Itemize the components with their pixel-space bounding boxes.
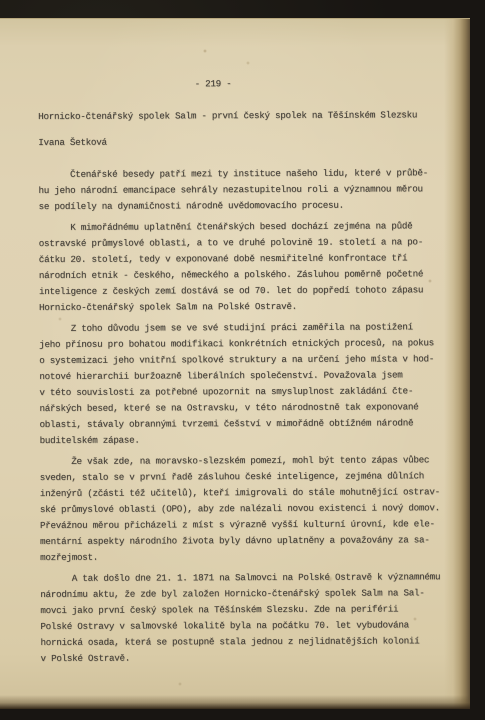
- paragraph: Z toho důvodu jsem se ve své studijní pr…: [39, 319, 472, 449]
- page-content: - 219 - Hornicko-čtenářský spolek Salm -…: [38, 75, 473, 667]
- paragraph: K mimořádnému uplatnění čtenářských bese…: [39, 218, 471, 316]
- paragraph: Čtenářské besedy patří mezi ty instituce…: [38, 165, 470, 215]
- paragraph: Že však zde, na moravsko-slezském pomezí…: [40, 452, 472, 566]
- author-name: Ivana Šetková: [38, 133, 470, 151]
- scan-background: - 219 - Hornicko-čtenářský spolek Salm -…: [0, 0, 485, 720]
- page-edge-shadow-bottom: [0, 695, 470, 709]
- paragraph: A tak došlo dne 21. 1. 1871 na Salmovci …: [40, 569, 472, 667]
- page-number: - 219 -: [38, 75, 388, 93]
- document-page: - 219 - Hornicko-čtenářský spolek Salm -…: [0, 18, 470, 709]
- page-edge-shadow-right: [444, 19, 470, 709]
- page-title: Hornicko-čtenářský spolek Salm - první č…: [38, 107, 470, 125]
